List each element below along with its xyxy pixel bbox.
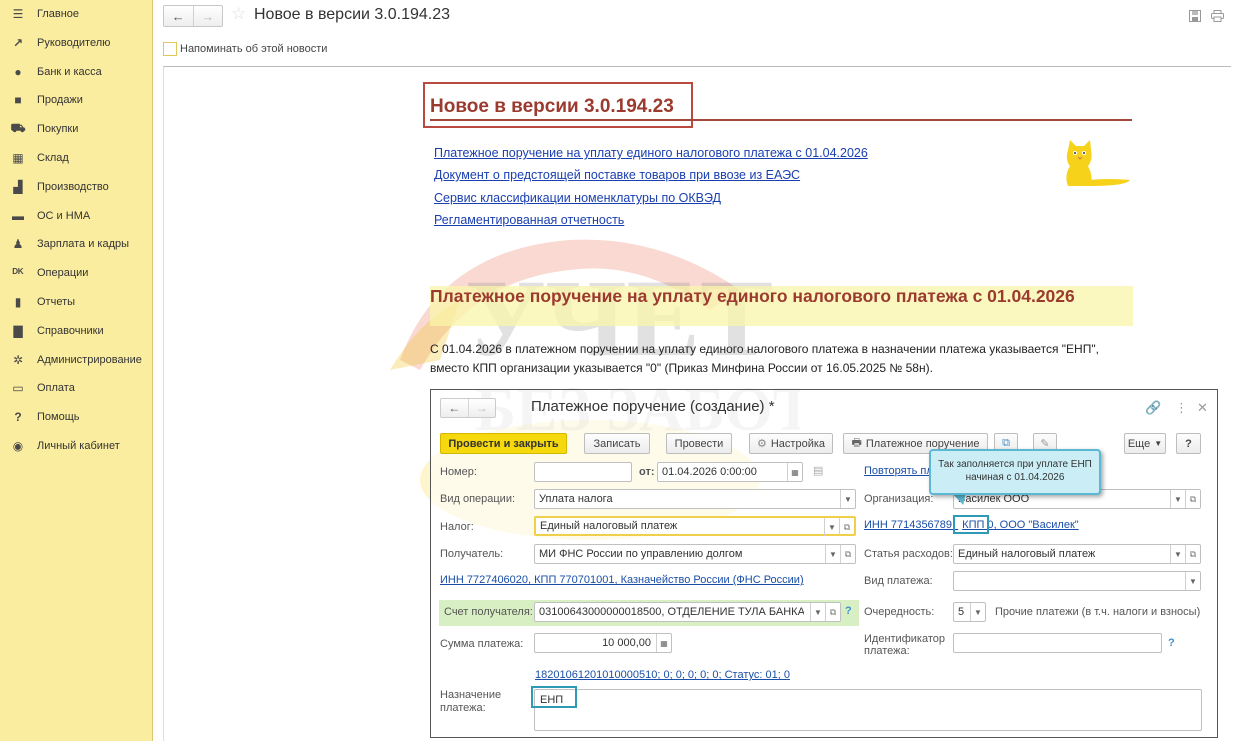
open-icon[interactable]: ⧉ <box>1185 490 1200 508</box>
account-select[interactable]: 03100643000000018500, ОТДЕЛЕНИЕ ТУЛА БАН… <box>534 602 841 622</box>
number-input[interactable] <box>534 462 632 482</box>
link-icon[interactable]: 🔗 <box>1145 400 1161 416</box>
amount-input[interactable]: 10 000,00 ▦ <box>534 633 672 653</box>
recipient-select[interactable]: МИ ФНС России по управлению долгом ▼ ⧉ <box>534 544 856 564</box>
dropdown-icon[interactable]: ▼ <box>824 518 839 536</box>
favorite-star-icon[interactable]: ☆ <box>231 4 246 24</box>
cart-icon: ⛟ <box>11 122 25 136</box>
date-value: 01.04.2026 0:00:00 <box>662 466 757 478</box>
article-title: Новое в версии 3.0.194.23 <box>430 96 674 118</box>
calendar-icon[interactable]: ▦ <box>787 463 802 481</box>
sidebar-item-label: Администрирование <box>37 354 142 366</box>
recipient-details-link[interactable]: ИНН 7727406020, КПП 770701001, Казначейс… <box>440 574 804 586</box>
save-icon[interactable] <box>1188 9 1201 22</box>
payment-kind-select[interactable]: ▼ <box>953 571 1201 591</box>
sidebar-item-11[interactable]: ▮Отчеты <box>0 288 152 316</box>
kpp-highlight-box <box>953 515 989 534</box>
sidebar-item-label: Покупки <box>37 123 78 135</box>
sidebar-item-5[interactable]: ⛟Покупки <box>0 115 152 143</box>
calculator-icon[interactable]: ▦ <box>656 634 671 652</box>
purpose-label: Назначение платежа: <box>440 689 515 715</box>
sidebar-item-label: Оплата <box>37 382 75 394</box>
help-button[interactable]: ? <box>1176 433 1201 454</box>
dropdown-icon[interactable]: ▼ <box>1170 545 1185 563</box>
remind-checkbox-row[interactable]: Напоминать об этой новости <box>163 42 327 56</box>
sidebar-item-2[interactable]: ↗Руководителю <box>0 29 152 57</box>
chevron-down-icon: ▼ <box>1154 439 1162 448</box>
kbk-details-link[interactable]: 18201061201010000510; 0; 0; 0; 0; 0; Ста… <box>535 669 790 681</box>
books-icon: ▇ <box>11 324 25 338</box>
settings-button[interactable]: ⚙ Настройка <box>749 433 833 454</box>
sidebar-item-4[interactable]: ■Продажи <box>0 86 152 114</box>
trend-icon: ↗ <box>11 36 25 50</box>
enp-highlight-box <box>531 686 577 708</box>
tax-value: Единый налоговый платеж <box>540 520 677 532</box>
factory-icon: ▟ <box>11 180 25 194</box>
date-label: от: <box>639 466 655 478</box>
bag-icon: ■ <box>11 93 25 107</box>
recipient-value: МИ ФНС России по управлению долгом <box>539 548 742 560</box>
section-text: С 01.04.2026 в платежном поручении на уп… <box>430 340 1130 378</box>
priority-select[interactable]: 5 ▼ <box>953 602 986 622</box>
org-name-text: , ООО "Василек" <box>994 519 1079 531</box>
payment-id-label: Идентификатор платежа: <box>864 633 949 657</box>
person-icon: ♟ <box>11 237 25 251</box>
forward-button[interactable]: → <box>193 6 223 26</box>
org-inn-text: ИНН 7714356789, <box>864 519 955 531</box>
print-icon[interactable] <box>1211 9 1224 22</box>
dt-kt-icon: ᴰᴷ <box>11 266 25 280</box>
bar-chart-icon: ▮ <box>11 295 25 309</box>
sidebar-item-label: Личный кабинет <box>37 440 120 452</box>
warehouse-icon: ▦ <box>11 151 25 165</box>
sidebar-item-label: Банк и касса <box>37 66 102 78</box>
open-icon[interactable]: ⧉ <box>840 545 855 563</box>
toc-link-eaeu[interactable]: Документ о предстоящей поставке товаров … <box>434 168 800 182</box>
recipient-label: Получатель: <box>440 548 503 560</box>
sidebar-item-14[interactable]: ▭Оплата <box>0 374 152 402</box>
annotation-tooltip: Так заполняется при уплате ЕНП начиная с… <box>929 449 1101 495</box>
amount-label: Сумма платежа: <box>440 638 523 650</box>
tax-label: Налог: <box>440 521 474 533</box>
sidebar-item-label: ОС и НМА <box>37 210 90 222</box>
sidebar-item-label: Склад <box>37 152 69 164</box>
help-icon: ? <box>11 410 25 424</box>
expense-select[interactable]: Единый налоговый платеж ▼ ⧉ <box>953 544 1201 564</box>
section-title: Платежное поручение на уплату единого на… <box>430 287 1120 306</box>
sidebar-item-label: Главное <box>37 8 79 20</box>
amount-value: 10 000,00 <box>602 637 651 649</box>
sidebar-item-6[interactable]: ▦Склад <box>0 144 152 172</box>
remind-label: Напоминать об этой новости <box>180 43 327 55</box>
sidebar-item-label: Производство <box>37 181 109 193</box>
open-icon[interactable]: ⧉ <box>1185 545 1200 563</box>
number-label: Номер: <box>440 466 477 478</box>
open-icon[interactable]: ⧉ <box>825 603 840 621</box>
dropdown-icon[interactable]: ▼ <box>1185 572 1200 590</box>
close-icon[interactable]: ✕ <box>1197 400 1208 416</box>
sidebar-item-label: Зарплата и кадры <box>37 238 129 250</box>
post-button[interactable]: Провести <box>666 433 732 454</box>
sidebar-item-8[interactable]: ▬ОС и НМА <box>0 202 152 230</box>
account-help-icon[interactable]: ? <box>845 605 852 617</box>
priority-value: 5 <box>958 606 964 618</box>
repeat-payment-link[interactable]: Повторять пл <box>864 465 933 477</box>
settings-button-label: Настройка <box>771 438 825 450</box>
dropdown-icon[interactable]: ▼ <box>825 545 840 563</box>
toc-link-okved[interactable]: Сервис классификации номенклатуры по ОКВ… <box>434 191 721 205</box>
save-button[interactable]: Записать <box>584 433 650 454</box>
payment-card-icon: ▭ <box>11 381 25 395</box>
priority-label: Очередность: <box>864 606 934 618</box>
sidebar-item-16[interactable]: ◉Личный кабинет <box>0 432 152 460</box>
sidebar-item-label: Помощь <box>37 411 80 423</box>
form-history-nav: ← → <box>440 398 496 418</box>
account-label: Счет получателя: <box>444 606 533 618</box>
menu-icon: ☰ <box>11 7 25 21</box>
sidebar: ☰Главное↗Руководителю●Банк и касса■Прода… <box>0 0 153 741</box>
dropdown-icon[interactable]: ▼ <box>840 490 855 508</box>
back-button[interactable]: ← <box>164 6 193 26</box>
sidebar-item-3[interactable]: ●Банк и касса <box>0 58 152 86</box>
sidebar-item-1[interactable]: ☰Главное <box>0 0 152 28</box>
comment-icon[interactable]: ▤ <box>813 464 823 477</box>
expense-value: Единый налоговый платеж <box>958 548 1095 560</box>
history-nav: ← → <box>163 5 223 27</box>
sidebar-item-label: Отчеты <box>37 296 75 308</box>
payment-id-help-icon[interactable]: ? <box>1168 637 1175 649</box>
payment-order-form: ← → Платежное поручение (создание) * 🔗 ⋮… <box>430 389 1218 738</box>
sidebar-item-label: Руководителю <box>37 37 110 49</box>
payment-id-input[interactable] <box>953 633 1162 653</box>
purpose-textarea[interactable]: ЕНП <box>534 689 1202 731</box>
dropdown-icon[interactable]: ▼ <box>1170 490 1185 508</box>
organization-label: Организация: <box>864 493 933 505</box>
account-value: 03100643000000018500, ОТДЕЛЕНИЕ ТУЛА БАН… <box>539 606 804 618</box>
more-button-label: Еще <box>1128 438 1150 450</box>
more-vert-icon[interactable]: ⋮ <box>1175 400 1188 416</box>
sidebar-item-label: Операции <box>37 267 88 279</box>
gear-icon: ✲ <box>11 353 25 367</box>
tax-select[interactable]: Единый налоговый платеж ▼ ⧉ <box>534 516 856 536</box>
sidebar-item-7[interactable]: ▟Производство <box>0 173 152 201</box>
title-divider <box>430 119 1132 121</box>
more-button[interactable]: Еще ▼ <box>1124 433 1166 454</box>
page-title: Новое в версии 3.0.194.23 <box>254 6 450 24</box>
gear-icon: ⚙ <box>757 437 767 450</box>
sidebar-item-label: Продажи <box>37 94 83 106</box>
truck-icon: ▬ <box>11 209 25 223</box>
priority-text: Прочие платежи (в т.ч. налоги и взносы) <box>995 606 1200 618</box>
payment-kind-label: Вид платежа: <box>864 575 933 587</box>
sidebar-item-9[interactable]: ♟Зарплата и кадры <box>0 230 152 258</box>
sidebar-item-12[interactable]: ▇Справочники <box>0 317 152 345</box>
form-forward-button[interactable]: → <box>468 399 496 417</box>
form-back-button[interactable]: ← <box>441 399 468 417</box>
print-button-label: Платежное поручение <box>866 438 980 450</box>
dropdown-icon[interactable]: ▼ <box>810 603 825 621</box>
operation-select[interactable]: Уплата налога ▼ <box>534 489 856 509</box>
coin-icon: ● <box>11 65 25 79</box>
sidebar-item-10[interactable]: ᴰᴷОперации <box>0 259 152 287</box>
open-icon[interactable]: ⧉ <box>839 518 854 536</box>
remind-checkbox[interactable] <box>163 42 177 56</box>
toc-link-reporting[interactable]: Регламентированная отчетность <box>434 213 624 227</box>
date-input[interactable]: 01.04.2026 0:00:00 ▦ <box>657 462 803 482</box>
user-circle-icon: ◉ <box>11 439 25 453</box>
cat-mascot-icon <box>1060 138 1132 188</box>
post-and-close-button[interactable]: Провести и закрыть <box>440 433 567 454</box>
dropdown-icon[interactable]: ▼ <box>970 603 985 621</box>
operation-value: Уплата налога <box>539 493 613 505</box>
printer-icon: 🖶 <box>852 434 862 453</box>
sidebar-item-13[interactable]: ✲Администрирование <box>0 346 152 374</box>
toc-link-enp[interactable]: Платежное поручение на уплату единого на… <box>434 146 868 160</box>
expense-label: Статья расходов: <box>864 548 953 560</box>
sidebar-item-15[interactable]: ?Помощь <box>0 403 152 431</box>
sidebar-item-label: Справочники <box>37 325 104 337</box>
operation-label: Вид операции: <box>440 493 515 505</box>
form-title: Платежное поручение (создание) * <box>531 398 775 415</box>
